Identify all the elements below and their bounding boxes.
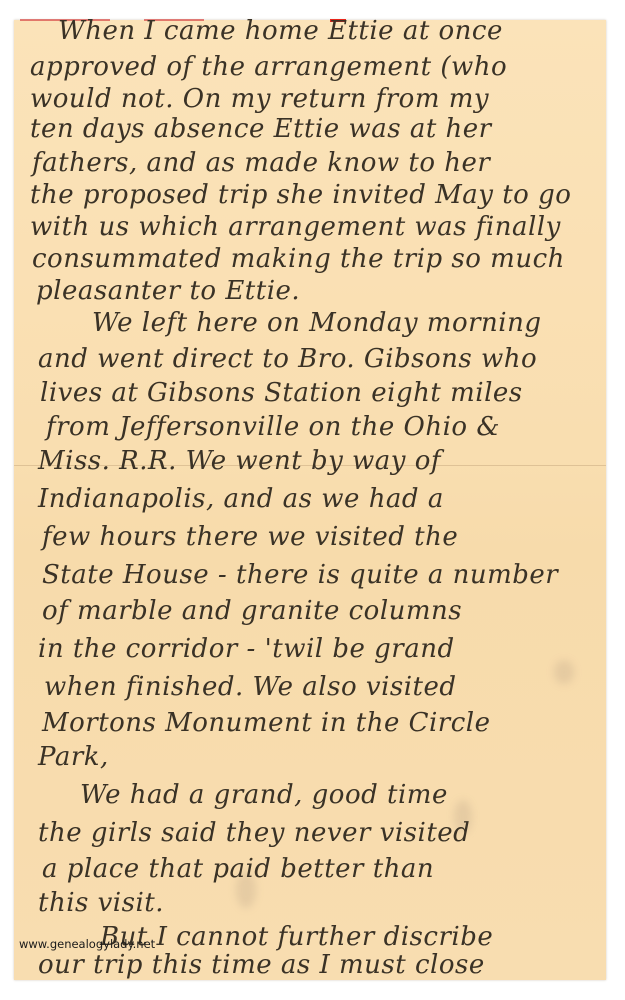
letter-page: When I came home Ettie at once approved … [14,20,606,980]
text-line: ten days absence Ettie was at her [30,114,492,144]
text-line: State House - there is quite a number [42,560,558,590]
text-line: consummated making the trip so much [32,244,565,274]
text-line: would not. On my return from my [30,84,489,114]
text-line: pleasanter to Ettie. [36,276,300,306]
text-line: of marble and granite columns [42,596,462,626]
watermark: www.genealogylady.net [19,937,155,951]
text-line: a place that paid better than [42,854,434,884]
text-line: this visit. [38,888,164,918]
text-line: the proposed trip she invited May to go [30,180,571,210]
text-line: lives at Gibsons Station eight miles [40,378,523,408]
paper-smudge [554,660,574,684]
text-line: our trip this time as I must close [38,950,485,980]
text-line: Indianapolis, and as we had a [38,484,444,514]
text-line: in the corridor - 'twil be grand [38,634,455,664]
text-line: and went direct to Bro. Gibsons who [38,344,537,374]
text-line: from Jeffersonville on the Ohio & [46,412,500,442]
text-line: But I cannot further discribe [100,922,493,952]
text-line: few hours there we visited the [42,522,458,552]
scanned-letter: When I came home Ettie at once approved … [0,0,625,1000]
text-line: We had a grand, good time [80,780,448,810]
text-line: When I came home Ettie at once [58,16,503,46]
text-line: Mortons Monument in the Circle [42,708,491,738]
text-line: the girls said they never visited [38,818,470,848]
text-line: with us which arrangement was finally [30,212,561,242]
text-line: We left here on Monday morning [92,308,541,338]
text-line: when finished. We also visited [44,672,457,702]
text-line: Park, [38,742,109,772]
text-line: Miss. R.R. We went by way of [38,446,441,476]
text-line: fathers, and as made know to her [32,148,490,178]
text-line: approved of the arrangement (who [30,52,507,82]
